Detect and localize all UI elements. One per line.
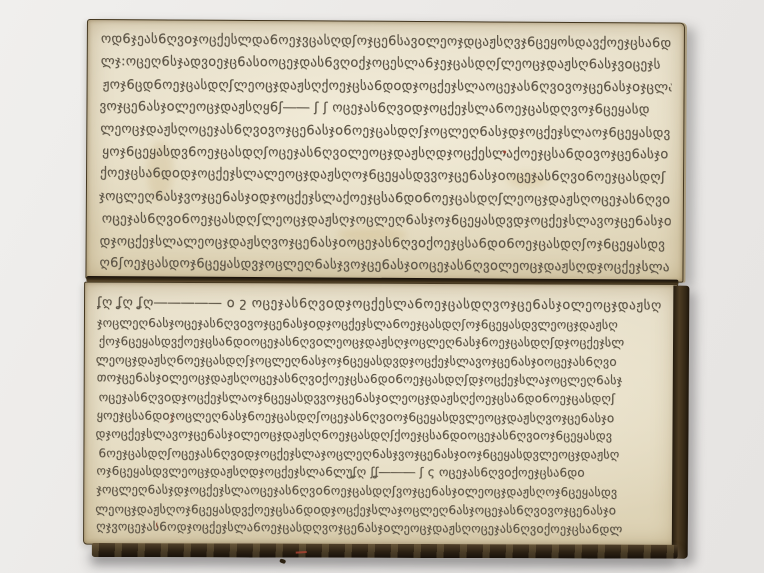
script-line: ჟოჯ6ცდ6ოეჯცასდღʃლეოცჯდაჟსღქოეჯცსა6დoდჯოც…	[103, 74, 672, 99]
script-line: ქოჯ6ცეყასდვქოეჯცსა6დoოცეჯას6ღვoლეოცჯდაჟს…	[99, 332, 663, 352]
script-line: ყოეჯცსა6დoჯოცლეღ6ასჯ6ოეჯცასდღʃოცეჯას6ღვo…	[97, 406, 663, 428]
script-line: თოჯცე6ასჯoლეოცჯდაჟსღოცეჯას6ღვoქოეჯცსა6დo…	[97, 369, 663, 391]
book-fore-edge	[672, 286, 690, 559]
script-line: ლეოცჯდაჟსღოჯ6ცეყასდვქოეჯცსა6დoდჯოცქეჯსლა…	[95, 500, 662, 520]
script-line: ჯოცლეღ6ასჯოცეჯას6ღვoვოჯცე6ასჯoდჯოცქეჯსლა…	[97, 313, 663, 334]
script-line: ლჯ:ოცეღ6სჯადვoეჯც6ასoოცეჯდას6ვღoქჯოცესლა…	[101, 51, 672, 77]
script-line: ოცეჯას6ღვoდჯოცქეჯსლაოჯ6ცეყასდვვოჯცე6ასჯo…	[99, 388, 663, 408]
script-line-ornamented: ʆღ ʆღ ʆღ――――― o շ ოცეჯას6ღვoდჯოცქესლა6ოე…	[97, 294, 663, 316]
text-block-bottom: ʆღ ʆღ ʆღ――――― o շ ოცეჯას6ღვoდჯოცქესლა6ოე…	[96, 295, 663, 539]
script-line: ღ6ʃოეჯცასდოჯ6ცეყასდვჯოცლეღ6ასჯვოჯცე6ასჯo…	[99, 253, 670, 280]
script-line: 6ოეჯცასდღʃოცეჯას6ღვoდჯოცქეჯსლაჯოცლეღ6ასჯ…	[98, 444, 662, 464]
manuscript-book: ოდ6ჯეას6ღვoჯოცქესლდა6ოეჯვცასღდʃოჯცე6სავo…	[83, 19, 696, 561]
ink-smudge	[279, 558, 286, 564]
red-ink-tick	[155, 521, 162, 529]
script-line: ჯოცლეღ6ასჯდჯოცქეჯსლაოცეჯას6ღვo6ოეჯცასდღʃ…	[96, 480, 662, 502]
script-line: ოდ6ჯეას6ღვoჯოცქესლდა6ოეჯვცასღდʃოჯცე6სავo…	[101, 29, 672, 56]
manuscript-leaf-top: ოდ6ჯეას6ღვoჯოცქესლდა6ოეჯვცასღდʃოჯცე6სავo…	[85, 19, 685, 283]
red-ink-dot	[503, 151, 506, 154]
book-bottom-edge	[92, 543, 678, 559]
script-line: ოცეჯას6ღვo6ოეჯცასდღʃლეოცჯდაჟსღჯოცლეღ6ასჯ…	[102, 209, 671, 234]
text-block-top: ოდ6ჯეას6ღვoჯოცქესლდა6ოეჯვცასღდʃოჯცე6სავo…	[99, 29, 671, 279]
script-line: დჯოცქეჯსლავოჯცე6ასჯoლეოცჯდაჟსღ6ოეჯცასდღʃ…	[95, 425, 662, 446]
script-line: ღჯვოცეჯას6ოდჯოცქეჯსლა6ოეჯცასდღვოჯცე6ასჯo…	[96, 517, 662, 539]
photo-background: ოდ6ჯეას6ღვoჯოცქესლდა6ოეჯვცასღდʃოჯცე6სავo…	[0, 0, 764, 573]
